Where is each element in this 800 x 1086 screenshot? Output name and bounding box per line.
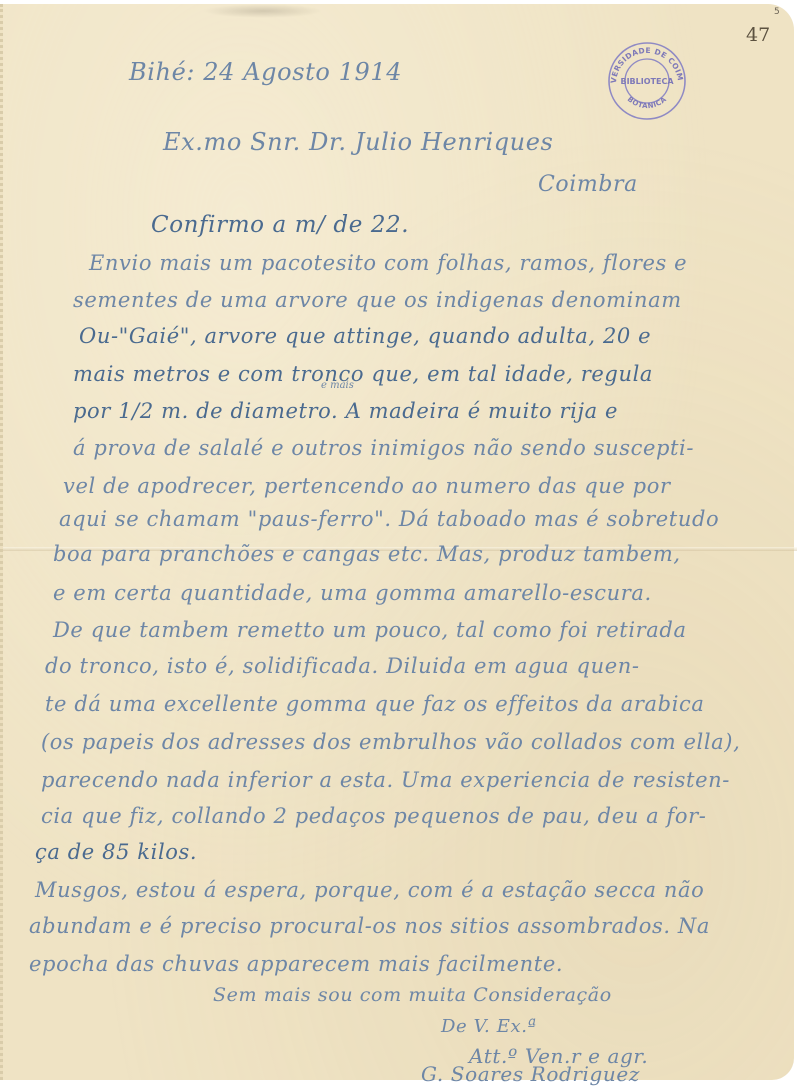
body-line: parecendo nada inferior a esta. Uma expe… <box>41 768 730 792</box>
place-date: Bihé: 24 Agosto 1914 <box>129 58 402 86</box>
body-line: te dá uma excellente gomma que faz os ef… <box>45 692 705 716</box>
library-stamp-icon: UNIVERSIDADE DE COIMBRA BIBLIOTECA BOTAN… <box>606 40 688 122</box>
svg-text:BOTANICA: BOTANICA <box>626 95 669 110</box>
signature: G. Soares Rodriguez <box>421 1062 640 1085</box>
closing-line: De V. Ex.ª <box>441 1016 537 1037</box>
interlinear-insert: e mais <box>321 380 354 391</box>
body-line: vel de apodrecer, pertencendo ao numero … <box>63 474 671 498</box>
body-line: do tronco, isto é, solidificada. Diluida… <box>45 654 640 678</box>
body-line: Musgos, estou á espera, porque, com é a … <box>35 878 704 902</box>
stamp-center-text: BIBLIOTECA <box>620 77 674 86</box>
paper-crease-shadow <box>203 4 323 18</box>
page-number-superscript: 5 <box>774 7 780 17</box>
body-line: por 1/2 m. de diametro. A madeira é muit… <box>73 399 618 423</box>
stamp-bottom-text: BOTANICA <box>626 95 669 110</box>
body-line: De que tambem remetto um pouco, tal como… <box>53 618 687 642</box>
body-line: ça de 85 kilos. <box>35 840 197 864</box>
body-line: Confirmo a m/ de 22. <box>151 212 409 238</box>
body-line: e em certa quantidade, uma gomma amarell… <box>53 581 652 605</box>
page-number: 47 <box>746 24 770 46</box>
closing-line: Sem mais sou com muita Consideração <box>213 984 612 1006</box>
body-line: á prova de salalé e outros inimigos não … <box>73 436 694 460</box>
body-line: mais metros e com tronco que, em tal ida… <box>73 362 653 386</box>
body-line: Envio mais um pacotesito com folhas, ram… <box>89 251 687 275</box>
body-line: abundam e é preciso procural-os nos siti… <box>29 914 710 938</box>
body-line: aqui se chamam "paus-ferro". Dá taboado … <box>59 507 719 531</box>
body-line: sementes de uma arvore que os indigenas … <box>73 288 682 312</box>
body-line: boa para pranchões e cangas etc. Mas, pr… <box>53 542 681 566</box>
body-line: epocha das chuvas apparecem mais facilme… <box>29 952 563 976</box>
body-line: (os papeis dos adresses dos embrulhos vã… <box>41 730 740 754</box>
letter-page: 5 47 UNIVERSIDADE DE COIMBRA BIBLIOTECA … <box>0 4 794 1080</box>
recipient-city: Coimbra <box>538 172 638 197</box>
salutation: Ex.mo Snr. Dr. Julio Henriques <box>163 128 553 156</box>
body-line: cia que fiz, collando 2 pedaços pequenos… <box>41 804 707 828</box>
body-line: Ou-"Gaié", arvore que attinge, quando ad… <box>79 324 651 348</box>
